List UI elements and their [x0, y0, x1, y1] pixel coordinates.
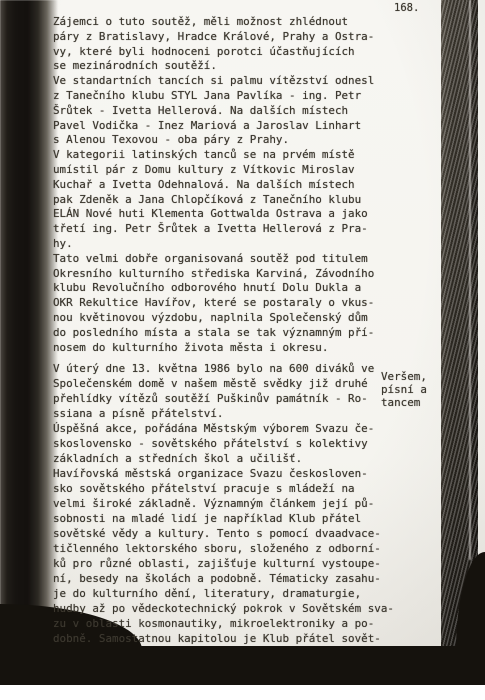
paragraph-block-2: V úterý dne 13. května 1986 bylo na 600 …: [53, 361, 394, 646]
text-line: pak Zdeněk a Jana Chlopčíková z Tanečníh…: [53, 193, 374, 208]
text-line: skoslovensko - sovětského přátelství s k…: [53, 436, 394, 451]
text-line: ní, besedy na školách a podobně. Tématic…: [53, 571, 394, 586]
text-line: písní a: [381, 383, 427, 396]
text-line: sko sovětského přátelství pracuje s mlád…: [53, 481, 394, 496]
text-line: třetí ing. Petr Šrůtek a Ivetta Hellerov…: [53, 222, 374, 237]
text-line: vy, které byli hodnoceni porotci účastňu…: [53, 45, 374, 60]
text-line: s Alenou Texovou - oba páry z Prahy.: [53, 133, 374, 148]
text-line: tancem: [381, 396, 427, 409]
margin-note: Veršem,písní atancem: [381, 370, 427, 409]
text-line: Havířovská městská organizace Svazu česk…: [53, 466, 394, 481]
page-edge-texture: [441, 0, 478, 650]
text-line: základních a středních škol a učilišť.: [53, 451, 394, 466]
text-line: Okresního kulturního střediska Karviná, …: [53, 267, 374, 282]
text-line: Pavel Vodička - Inez Mariová a Jaroslav …: [53, 119, 374, 134]
text-line: ků pro různé oblasti, zajišťuje kulturní…: [53, 556, 394, 571]
text-line: Veršem,: [381, 370, 427, 383]
text-line: umístil pár z Domu kultury z Vítkovic Mi…: [53, 163, 374, 178]
text-line: se mezinárodních soutěží.: [53, 59, 374, 74]
text-line: zu v oblasti kosmonautiky, mikroelektron…: [53, 616, 394, 631]
text-line: velmi široké základně. Významným článkem…: [53, 496, 394, 511]
text-line: sovětské vědy a kultury. Tento s pomocí …: [53, 526, 394, 541]
text-line: z Tanečního klubu STYL Jana Pavlíka - in…: [53, 89, 374, 104]
text-line: do posledního místa a stala se tak význa…: [53, 326, 374, 341]
text-line: hy.: [53, 237, 374, 252]
text-line: Šrůtek - Ivetta Hellerová. Na dalších mí…: [53, 104, 374, 119]
text-line: Kuchař a Ivetta Odehnalová. Na dalších m…: [53, 178, 374, 193]
text-line: je do kulturního dění, literatury, drama…: [53, 586, 394, 601]
text-line: sobnosti na mladé lidí je například Klub…: [53, 511, 394, 526]
scanned-book-page: 168. Zájemci o tuto soutěž, měli možnost…: [0, 0, 485, 700]
book-spine-shadow: [0, 0, 58, 654]
text-line: tičlenného lektorského sboru, složeného …: [53, 541, 394, 556]
scan-bottom-black-band: [0, 646, 485, 685]
text-line: přehlídky vítězů soutěží Puškinův památn…: [53, 391, 394, 406]
paragraph-block-1: Zájemci o tuto soutěž, měli možnost zhlé…: [53, 15, 374, 355]
text-line: ssiana a písně přátelství.: [53, 406, 394, 421]
text-line: dobně. Samostatnou kapitolou je Klub přá…: [53, 631, 394, 646]
text-line: nou květinovou výzdobu, naplnila Společe…: [53, 311, 374, 326]
text-line: Zájemci o tuto soutěž, měli možnost zhlé…: [53, 15, 374, 30]
text-line: hudby až po vědeckotechnický pokrok v So…: [53, 601, 394, 616]
page-edge-highlight: [469, 0, 471, 560]
page-number: 168.: [394, 2, 419, 14]
text-line: V kategorii latinských tanců se na prvém…: [53, 148, 374, 163]
text-line: Tato velmi dobře organisovaná soutěž pod…: [53, 252, 374, 267]
text-line: OKR Rekultice Havířov, které se postaral…: [53, 296, 374, 311]
text-line: Ve standartních tancích si palmu vítězst…: [53, 74, 374, 89]
text-line: V úterý dne 13. května 1986 bylo na 600 …: [53, 361, 394, 376]
text-line: Společenském domě v našem městě svědky j…: [53, 376, 394, 391]
text-line: Úspěšná akce, pořádána Městským výborem …: [53, 421, 394, 436]
text-line: ELÁN Nové huti Klementa Gottwalda Ostrav…: [53, 207, 374, 222]
text-line: klubu Revolučního odborového hnutí Dolu …: [53, 281, 374, 296]
text-line: nosem do kulturního života města i okres…: [53, 341, 374, 356]
text-line: páry z Bratislavy, Hradce Králové, Prahy…: [53, 30, 374, 45]
